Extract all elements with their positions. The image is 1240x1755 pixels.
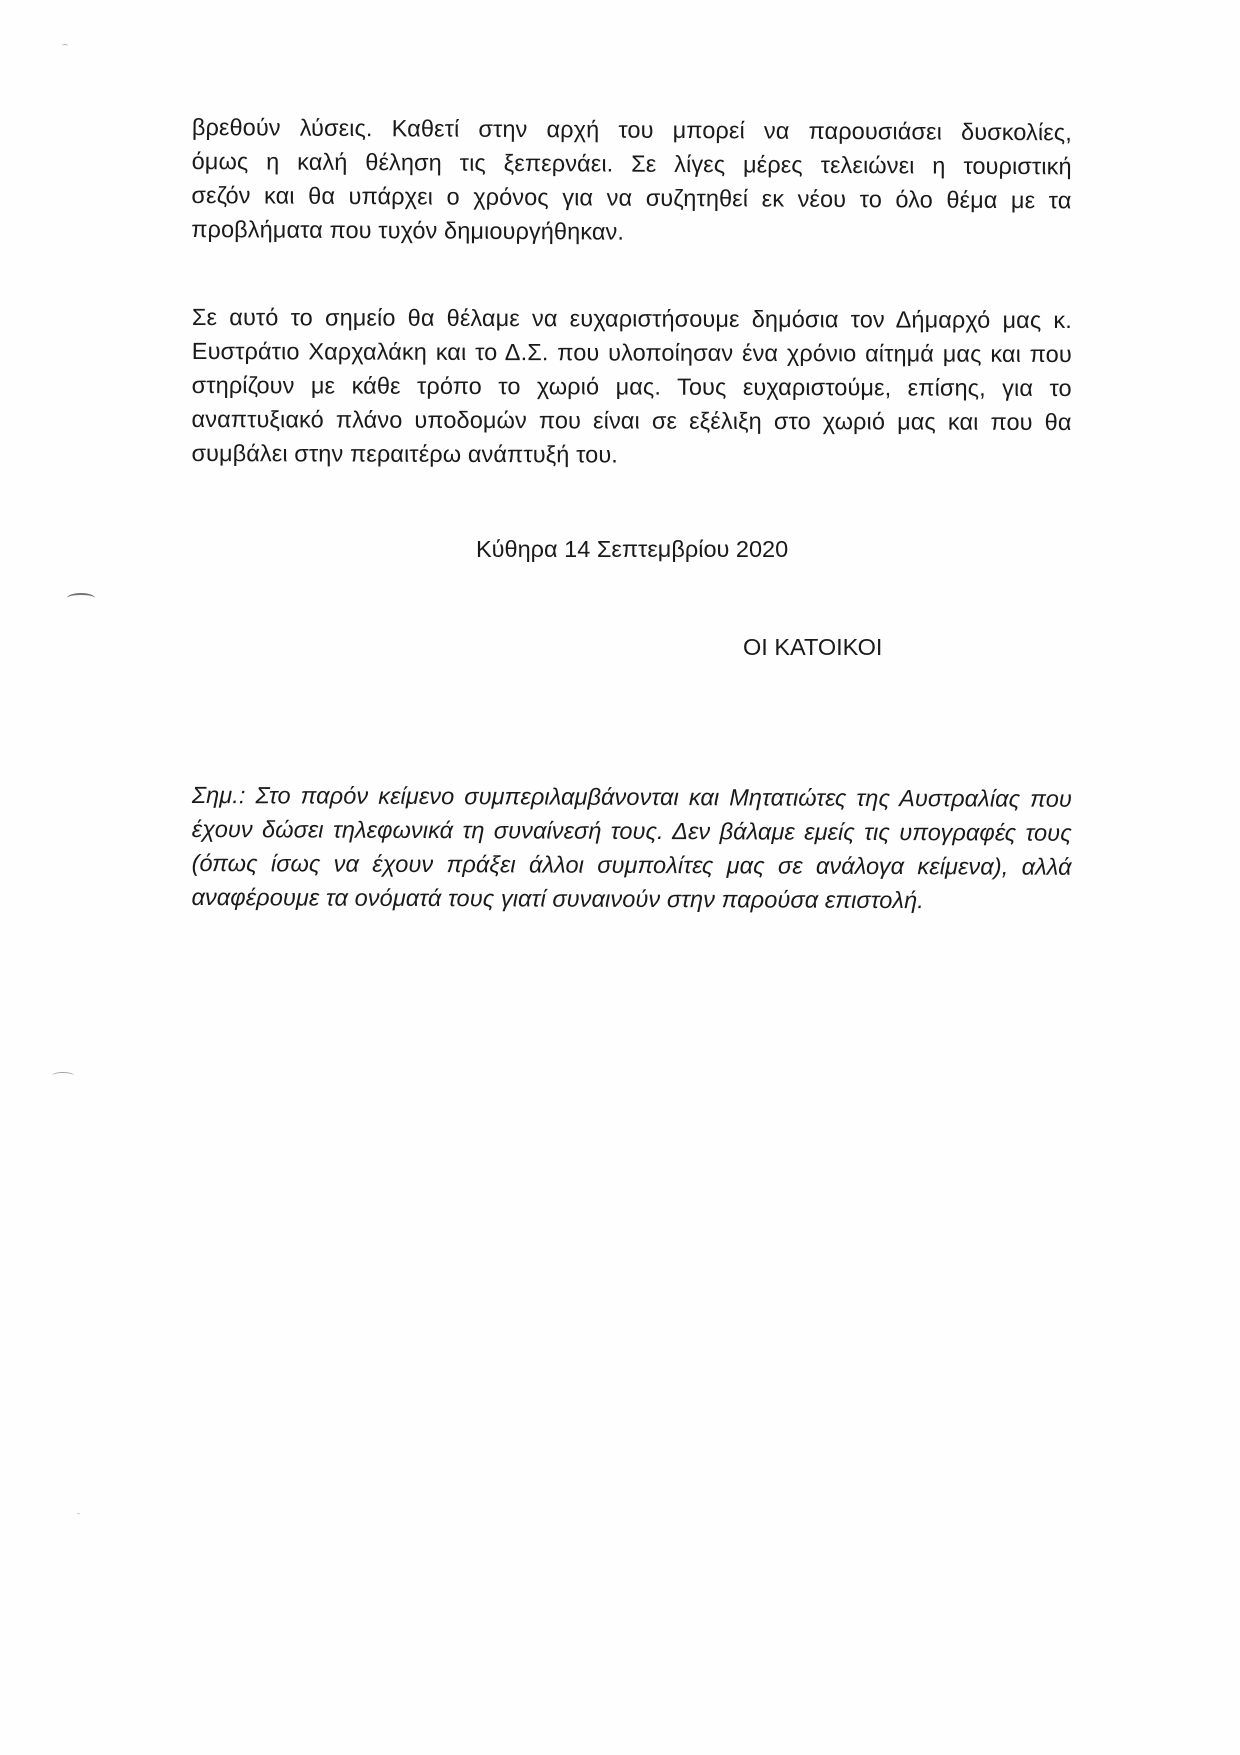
text-line: Σε αυτό το σημείο θα θέλαμε να ευχαριστή… bbox=[192, 300, 1072, 337]
text-line: στηρίζουν με κάθε τρόπο το χωριό μας. Το… bbox=[192, 368, 1072, 405]
paragraph-thanks: Σε αυτό το σημείο θα θέλαμε να ευχαριστή… bbox=[191, 300, 1072, 473]
note-paragraph: Σημ.: Στο παρόν κείμενο συμπεριλαμβάνοντ… bbox=[191, 778, 1072, 918]
place-date-line: Κύθηρα 14 Σεπτεμβρίου 2020 bbox=[476, 536, 788, 563]
text-line: προβλήματα που τυχόν δημιουργήθηκαν. bbox=[191, 212, 1071, 251]
text-line: (όπως ίσως να έχουν πράξει άλλοι συμπολί… bbox=[192, 846, 1072, 884]
text-line: Σημ.: Στο παρόν κείμενο συμπεριλαμβάνοντ… bbox=[192, 778, 1072, 816]
text-line: σεζόν και θα υπάρχει ο χρόνος για να συζ… bbox=[191, 178, 1071, 217]
text-line: έχουν δώσει τηλεφωνικά τη συναίνεσή τους… bbox=[192, 812, 1072, 850]
scan-mark bbox=[62, 44, 68, 48]
scan-mark bbox=[67, 593, 95, 603]
scan-mark bbox=[52, 1072, 74, 1079]
scanned-letter-page: βρεθούν λύσεις. Καθετί στην αρχή του μπο… bbox=[0, 0, 1240, 1755]
text-line: βρεθούν λύσεις. Καθετί στην αρχή του μπο… bbox=[192, 110, 1072, 149]
text-line: αναπτυξιακό πλάνο υποδομών που είναι σε … bbox=[192, 402, 1072, 439]
text-line: αναφέρουμε τα ονόματά τους γιατί συναινο… bbox=[191, 880, 1071, 918]
text-line: Ευστράτιο Χαρχαλάκη και το Δ.Σ. που υλοπ… bbox=[192, 334, 1072, 371]
text-line: όμως η καλή θέληση τις ξεπερνάει. Σε λίγ… bbox=[192, 144, 1072, 183]
text-line: συμβάλει στην περαιτέρω ανάπτυξή του. bbox=[191, 436, 1071, 473]
scan-mark bbox=[77, 1513, 80, 1516]
signature-residents: ΟΙ ΚΑΤΟΙΚΟΙ bbox=[743, 634, 882, 661]
paragraph-solutions: βρεθούν λύσεις. Καθετί στην αρχή του μπο… bbox=[191, 110, 1072, 251]
